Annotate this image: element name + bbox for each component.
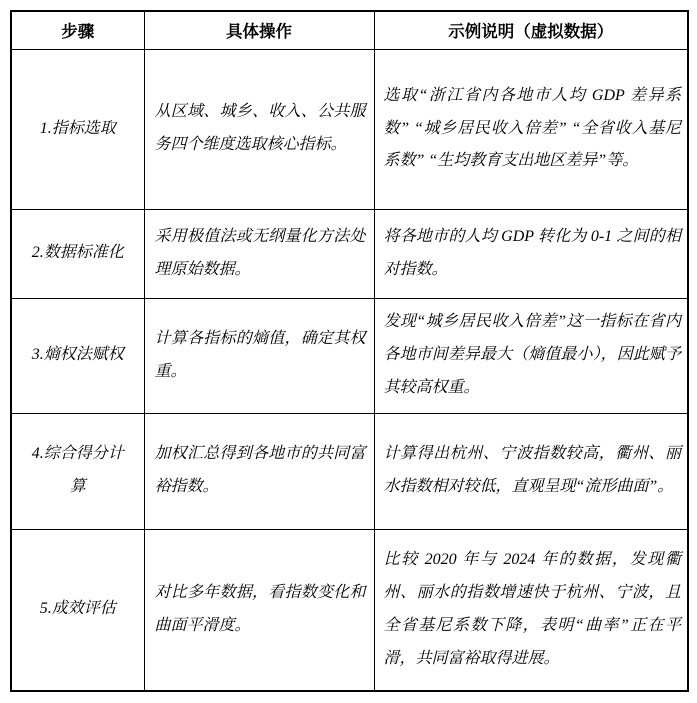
header-example: 示例说明（虚拟数据）	[374, 11, 688, 49]
operation-cell: 采用极值法或无纲量化方法处理原始数据。	[144, 209, 374, 298]
operation-cell: 从区域、城乡、收入、公共服务四个维度选取核心指标。	[144, 49, 374, 209]
table-row: 5.成效评估 对比多年数据，看指数变化和曲面平滑度。 比较 2020 年与 20…	[11, 529, 688, 691]
step-cell: 4.综合得分计算	[11, 413, 144, 529]
table-header-row: 步骤 具体操作 示例说明（虚拟数据）	[11, 11, 688, 49]
operation-cell: 对比多年数据，看指数变化和曲面平滑度。	[144, 529, 374, 691]
example-cell: 比较 2020 年与 2024 年的数据，发现衢州、丽水的指数增速快于杭州、宁波…	[374, 529, 688, 691]
example-cell: 计算得出杭州、宁波指数较高，衢州、丽水指数相对较低，直观呈现“流形曲面”。	[374, 413, 688, 529]
procedure-table: 步骤 具体操作 示例说明（虚拟数据） 1.指标选取 从区域、城乡、收入、公共服务…	[10, 10, 689, 692]
document-page: 步骤 具体操作 示例说明（虚拟数据） 1.指标选取 从区域、城乡、收入、公共服务…	[0, 0, 697, 703]
table-row: 3.熵权法赋权 计算各指标的熵值，确定其权重。 发现“城乡居民收入倍差”这一指标…	[11, 298, 688, 413]
header-step: 步骤	[11, 11, 144, 49]
header-operation: 具体操作	[144, 11, 374, 49]
example-cell: 将各地市的人均 GDP 转化为 0-1 之间的相对指数。	[374, 209, 688, 298]
step-cell: 3.熵权法赋权	[11, 298, 144, 413]
table-row: 2.数据标准化 采用极值法或无纲量化方法处理原始数据。 将各地市的人均 GDP …	[11, 209, 688, 298]
operation-cell: 计算各指标的熵值，确定其权重。	[144, 298, 374, 413]
table-row: 1.指标选取 从区域、城乡、收入、公共服务四个维度选取核心指标。 选取“浙江省内…	[11, 49, 688, 209]
step-cell: 5.成效评估	[11, 529, 144, 691]
step-cell: 1.指标选取	[11, 49, 144, 209]
table-row: 4.综合得分计算 加权汇总得到各地市的共同富裕指数。 计算得出杭州、宁波指数较高…	[11, 413, 688, 529]
operation-cell: 加权汇总得到各地市的共同富裕指数。	[144, 413, 374, 529]
example-cell: 选取“浙江省内各地市人均 GDP 差异系数” “城乡居民收入倍差” “全省收入基…	[374, 49, 688, 209]
step-cell: 2.数据标准化	[11, 209, 144, 298]
example-cell: 发现“城乡居民收入倍差”这一指标在省内各地市间差异最大（熵值最小），因此赋予其较…	[374, 298, 688, 413]
